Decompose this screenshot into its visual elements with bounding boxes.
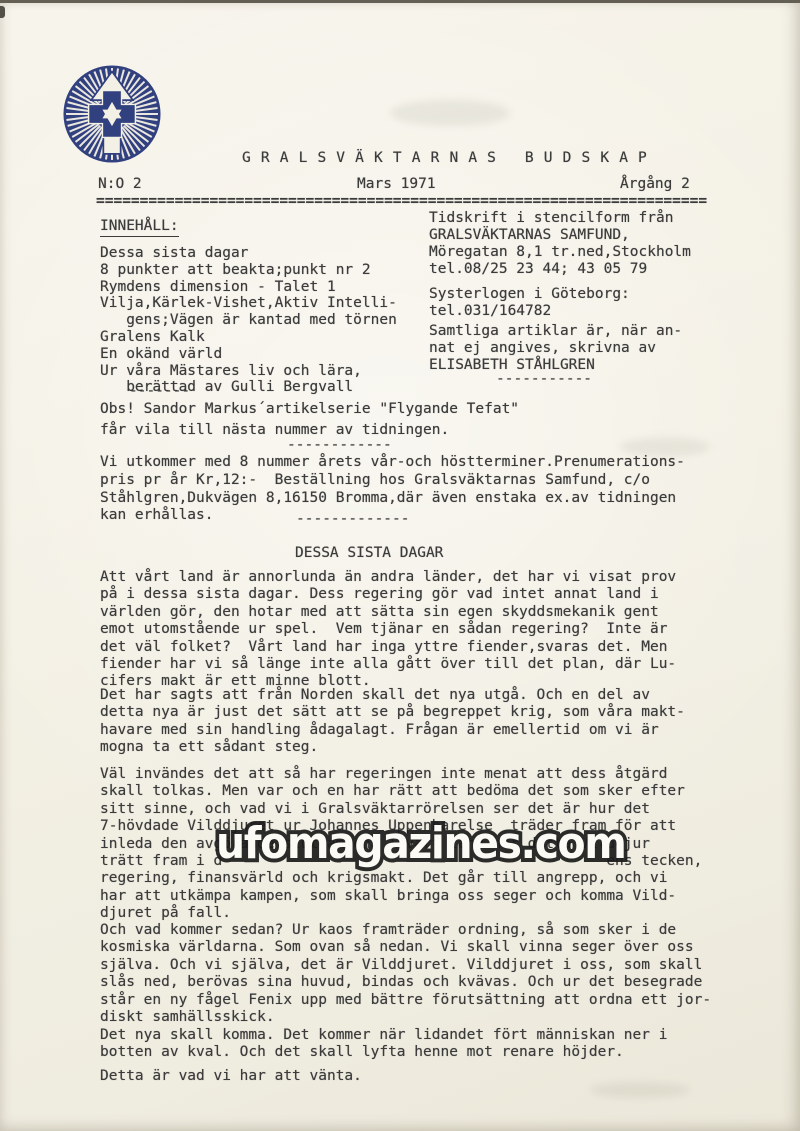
document-page: { "colors": { "paper": "#f3f0e5", "ink":… bbox=[0, 0, 800, 1131]
publisher-author: Samtliga artiklar är, när an- nat ej ang… bbox=[429, 323, 682, 374]
article-paragraph-2: Det har sagts att från Norden skall det … bbox=[100, 687, 685, 757]
article-paragraph-1: Att vårt land är annorlunda än andra län… bbox=[100, 569, 676, 691]
notice-text: Obs! Sandor Markus´artikelserie "Flygand… bbox=[100, 399, 519, 440]
issue-number: N:O 2 bbox=[98, 176, 142, 193]
article-paragraph-4: Och vad kommer sedan? Ur kaos framträder… bbox=[100, 922, 711, 1026]
publisher-address: Tidskrift i stencilform från GRALSVÄKTAR… bbox=[429, 210, 691, 278]
toc-items: Dessa sista dagar 8 punkter att beakta;p… bbox=[100, 245, 397, 396]
gralsvaktarna-logo-icon bbox=[60, 62, 164, 166]
toc-heading: INNEHÅLL: bbox=[100, 218, 179, 237]
issue-date: Mars 1971 bbox=[357, 176, 436, 193]
double-rule: ========================================… bbox=[96, 193, 707, 210]
article-heading: DESSA SISTA DAGAR bbox=[295, 545, 443, 562]
article-paragraph-5: Det nya skall komma. Det kommer när lida… bbox=[100, 1027, 667, 1062]
scan-edge-notch bbox=[0, 6, 5, 18]
scan-smudge bbox=[390, 100, 510, 126]
magazine-title: G R A L S V Ä K T A R N A S B U D S K A … bbox=[242, 150, 647, 167]
notice-dashes: ------------ bbox=[287, 437, 392, 454]
publisher-dashes: ----------- bbox=[496, 371, 592, 388]
subscription-dashes: ------------- bbox=[296, 511, 410, 528]
article-paragraph-6: Detta är vad vi har att vänta. bbox=[100, 1068, 362, 1085]
watermark-text: ufomagazines.com bbox=[216, 822, 626, 866]
scan-edge-top bbox=[0, 0, 800, 3]
issue-volume: Årgång 2 bbox=[620, 176, 690, 193]
toc-dashes: ------- bbox=[129, 383, 190, 400]
publisher-gothenburg: Systerlogen i Göteborg: tel.031/164782 bbox=[429, 286, 630, 320]
scan-smudge bbox=[590, 1082, 690, 1098]
